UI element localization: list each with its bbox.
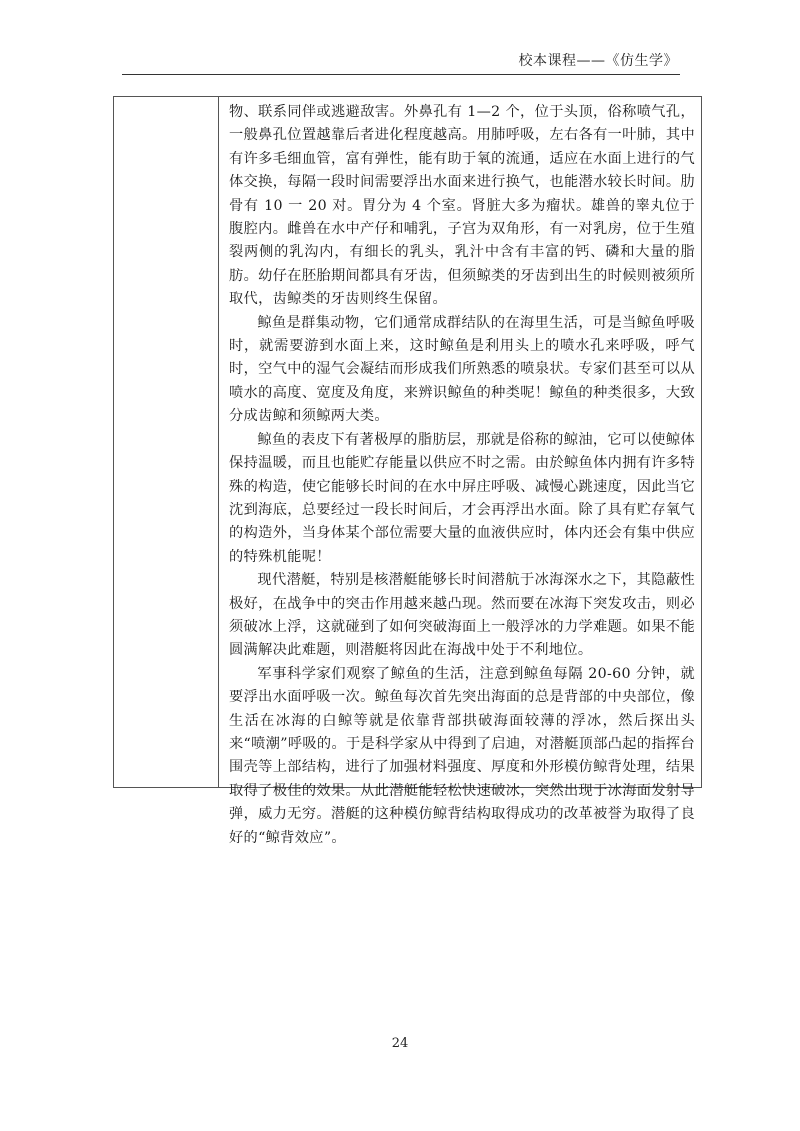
paragraph-submarine-problem: 现代潜艇，特别是核潜艇能够长时间潜航于冰海深水之下，其隐蔽性极好，在战争中的突击…: [229, 569, 695, 663]
content-table: 物、联系同伴或逃避敌害。外鼻孔有 1—2 个，位于头顶，俗称喷气孔，一般鼻孔位置…: [113, 96, 702, 788]
table-right-cell: 物、联系同伴或逃避敌害。外鼻孔有 1—2 个，位于头顶，俗称喷气孔，一般鼻孔位置…: [219, 97, 701, 787]
paragraph-whale-back-effect: 军事科学家们观察了鲸鱼的生活，注意到鲸鱼每隔 20-60 分钟，就要浮出水面呼吸…: [229, 663, 695, 850]
page-number: 24: [0, 1036, 800, 1051]
paragraph-whale-anatomy: 物、联系同伴或逃避敌害。外鼻孔有 1—2 个，位于头顶，俗称喷气孔，一般鼻孔位置…: [229, 101, 695, 312]
header-divider: [122, 74, 680, 75]
paragraph-whale-breathing: 鲸鱼是群集动物，它们通常成群结队的在海里生活，可是当鲸鱼呼吸时，就需要游到水面上…: [229, 312, 695, 429]
document-header-title: 校本课程——《仿生学》: [519, 50, 679, 70]
table-left-cell: [114, 97, 219, 787]
paragraph-whale-blubber: 鲸鱼的表皮下有著极厚的脂肪层，那就是俗称的鲸油，它可以使鲸体保持温暖，而且也能贮…: [229, 429, 695, 569]
